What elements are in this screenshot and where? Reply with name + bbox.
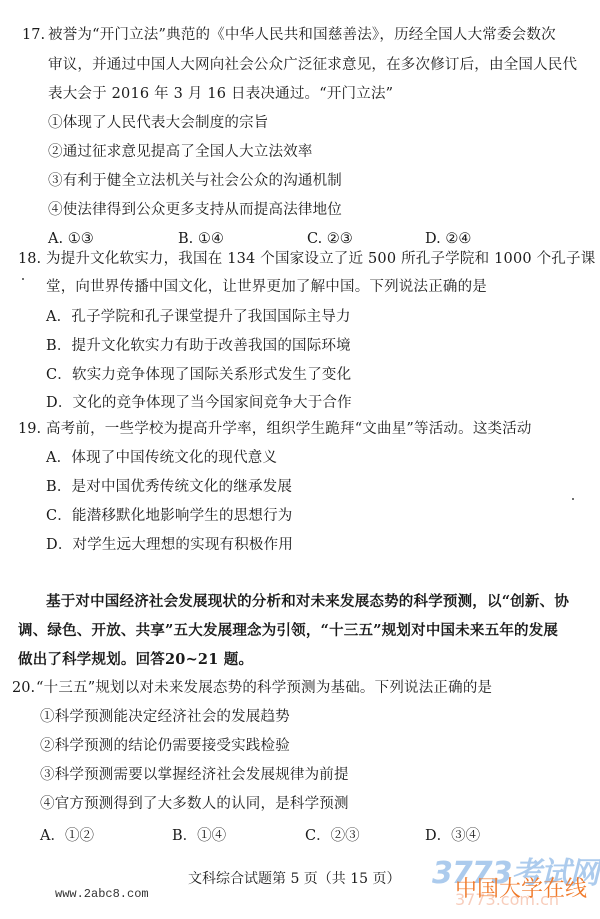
option-c[interactable]: C．②③ [305,826,360,846]
option-c[interactable]: C. ②③ [307,229,353,249]
question-stem-line: 审议，并通过中国人大网向社会公众广泛征求意见，在多次修订后，由全国人民代 [48,55,577,75]
option-d[interactable]: D．文化的竞争体现了当今国家间竞争大于合作 [46,393,352,413]
question-stem-line: 被誉为“开门立法”典范的《中华人民共和国慈善法》，历经全国人大常委会数次 [48,25,556,45]
statement-item: ②科学预测的结论仍需要接受实践检验 [40,736,290,756]
option-c[interactable]: C．能潜移默化地影响学生的思想行为 [46,506,293,526]
question-stem-line: “十三五”规划以对未来发展态势的科学预测为基础。下列说法正确的是 [36,678,492,698]
question-number: 20. [12,678,35,698]
question-stem-line: 堂，向世界传播中国文化，让世界更加了解中国。下列说法正确的是 [46,277,487,297]
option-d[interactable]: D. ②④ [425,229,471,249]
statement-item: ③有利于健全立法机关与社会公众的沟通机制 [48,171,342,191]
option-b[interactable]: B．①④ [172,826,226,846]
question-number: 18. [18,249,41,269]
option-b[interactable]: B．是对中国优秀传统文化的继承发展 [46,477,292,497]
watermark-overlay: 中国大学在线 [455,872,587,903]
option-a[interactable]: A. ①③ [48,229,94,249]
statement-item: ①体现了人民代表大会制度的宗旨 [48,113,269,133]
statement-item: ①科学预测能决定经济社会的发展趋势 [40,707,290,727]
passage-line: 调、绿色、开放、共享”五大发展理念为引领，“十三五”规划对中国未来五年的发展 [18,621,558,641]
question-stem-line: 高考前，一些学校为提高升学率，组织学生跪拜“文曲星”等活动。这类活动 [46,419,532,439]
statement-item: ④官方预测得到了大多数人的认同，是科学预测 [40,794,349,814]
statement-item: ②通过征求意见提高了全国人大立法效率 [48,142,313,162]
option-b[interactable]: B. ①④ [178,229,224,249]
question-number: 19. [18,419,41,439]
question-number: 17. [22,25,45,45]
option-b[interactable]: B．提升文化软实力有助于改善我国的国际环境 [46,336,351,356]
statement-item: ④使法律得到公众更多支持从而提高法律地位 [48,200,342,220]
page-number-label: 文科综合试题第 5 页（共 15 页） [188,868,401,888]
source-url[interactable]: www.2abc8.com [55,887,149,901]
question-stem-line: 表大会于 2016 年 3 月 16 日表决通过。“开门立法” [48,84,393,104]
passage-line: 基于对中国经济社会发展现状的分析和对未来发展态势的科学预测，以“创新、协 [46,592,569,612]
passage-line: 做出了科学规划。回答20~21 题。 [18,650,253,670]
option-a[interactable]: A．孔子学院和孔子课堂提升了我国国际主导力 [46,307,351,327]
option-a[interactable]: A．体现了中国传统文化的现代意义 [46,448,277,468]
scan-speck [572,498,574,500]
statement-item: ③科学预测需要以掌握经济社会发展规律为前提 [40,765,349,785]
scan-speck [22,278,24,280]
option-c[interactable]: C．软实力竞争体现了国际关系形式发生了变化 [46,365,351,385]
option-a[interactable]: A．①② [40,826,94,846]
question-stem-line: 为提升文化软实力，我国在 134 个国家设立了近 500 所孔子学院和 1000… [46,249,595,269]
option-d[interactable]: D．③④ [425,826,480,846]
option-d[interactable]: D．对学生远大理想的实现有积极作用 [46,535,293,555]
